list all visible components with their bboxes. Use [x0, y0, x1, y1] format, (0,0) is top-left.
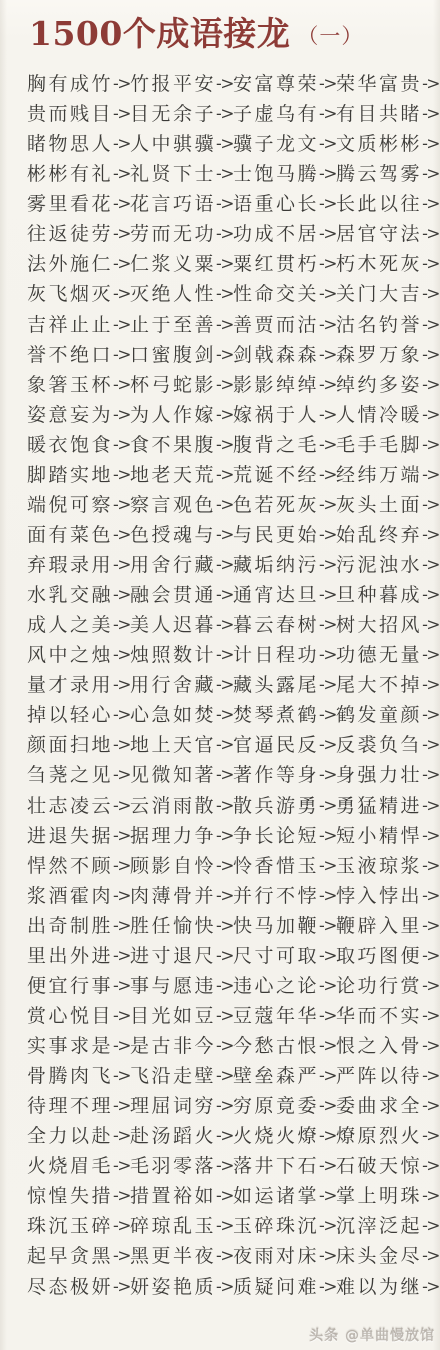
arrow-separator: ->	[113, 1065, 130, 1087]
arrow-separator: ->	[422, 464, 439, 486]
arrow-separator: ->	[319, 734, 336, 756]
chain-row: 尽态极妍->妍姿艳质->质疑问难->难以为继->	[27, 1276, 434, 1299]
arrow-separator: ->	[422, 103, 439, 125]
idiom: 士饱马腾	[233, 163, 319, 185]
idiom: 散兵游勇	[233, 795, 319, 817]
arrow-separator: ->	[319, 133, 336, 155]
arrow-separator: ->	[319, 374, 336, 396]
arrow-separator: ->	[319, 314, 336, 336]
idiom: 悍然不顾	[27, 855, 113, 877]
arrow-separator: ->	[422, 1215, 439, 1237]
idiom: 姿意妄为	[27, 404, 113, 426]
arrow-separator: ->	[113, 163, 130, 185]
idiom: 誉不绝口	[27, 344, 113, 366]
arrow-separator: ->	[113, 885, 130, 907]
arrow-separator: ->	[216, 283, 233, 305]
idiom: 进寸退尺	[130, 945, 216, 967]
arrow-separator: ->	[319, 704, 336, 726]
idiom: 始乱终弃	[336, 524, 422, 546]
arrow-separator: ->	[113, 975, 130, 997]
arrow-separator: ->	[113, 704, 130, 726]
arrow-separator: ->	[319, 163, 336, 185]
arrow-separator: ->	[113, 1185, 130, 1207]
idiom: 如运诸掌	[233, 1185, 319, 1207]
arrow-separator: ->	[319, 1155, 336, 1177]
arrow-separator: ->	[422, 374, 439, 396]
arrow-separator: ->	[113, 825, 130, 847]
arrow-separator: ->	[113, 103, 130, 125]
idiom: 雾里看花	[27, 193, 113, 215]
arrow-separator: ->	[319, 524, 336, 546]
idiom: 火烧火燎	[233, 1125, 319, 1147]
arrow-separator: ->	[113, 464, 130, 486]
chain-row: 起早贪黑->黑更半夜->夜雨对床->床头金尽->	[27, 1245, 434, 1268]
chain-row: 出奇制胜->胜任愉快->快马加鞭->鞭辟入里->	[27, 915, 434, 938]
idiom: 尺寸可取	[233, 945, 319, 967]
idiom: 暖衣饱食	[27, 434, 113, 456]
chain-row: 胸有成竹->竹报平安->安富尊荣->荣华富贵->	[27, 73, 434, 96]
arrow-separator: ->	[422, 283, 439, 305]
chain-row: 待理不理->理屈词穷->穷原竟委->委曲求全->	[27, 1095, 434, 1118]
arrow-separator: ->	[422, 975, 439, 997]
idiom: 今愁古恨	[233, 1035, 319, 1057]
idiom: 用舍行藏	[130, 554, 216, 576]
idiom: 融会贯通	[130, 584, 216, 606]
idiom: 难以为继	[336, 1276, 422, 1298]
arrow-separator: ->	[113, 644, 130, 666]
idiom: 夜雨对床	[233, 1245, 319, 1267]
idiom: 睹物思人	[27, 133, 113, 155]
idiom: 质疑问难	[233, 1276, 319, 1298]
idiom: 腹背之毛	[233, 434, 319, 456]
arrow-separator: ->	[319, 73, 336, 95]
idiom: 待理不理	[27, 1095, 113, 1117]
idiom: 通宵达旦	[233, 584, 319, 606]
arrow-separator: ->	[319, 1065, 336, 1087]
idiom: 并行不悖	[233, 885, 319, 907]
arrow-separator: ->	[422, 1065, 439, 1087]
arrow-separator: ->	[216, 1155, 233, 1177]
arrow-separator: ->	[422, 614, 439, 636]
idiom: 语重心长	[233, 193, 319, 215]
arrow-separator: ->	[216, 464, 233, 486]
chain-row: 吉祥止止->止于至善->善贾而沽->沽名钓誉->	[27, 314, 434, 337]
arrow-separator: ->	[422, 554, 439, 576]
idiom: 脚踏实地	[27, 464, 113, 486]
arrow-separator: ->	[113, 1035, 130, 1057]
chain-row: 彬彬有礼->礼贤下士->士饱马腾->腾云驾雾->	[27, 163, 434, 186]
arrow-separator: ->	[319, 945, 336, 967]
arrow-separator: ->	[319, 253, 336, 275]
idiom: 肉薄骨并	[130, 885, 216, 907]
idiom: 勇猛精进	[336, 795, 422, 817]
arrow-separator: ->	[319, 885, 336, 907]
idiom: 惊惶失措	[27, 1185, 113, 1207]
idiom: 取巧图便	[336, 945, 422, 967]
arrow-separator: ->	[216, 1125, 233, 1147]
arrow-separator: ->	[216, 1035, 233, 1057]
idiom: 察言观色	[130, 494, 216, 516]
idiom: 尽态极妍	[27, 1276, 113, 1298]
idiom: 灰头土面	[336, 494, 422, 516]
idiom: 经纬万端	[336, 464, 422, 486]
idiom-chain-list: 胸有成竹->竹报平安->安富尊荣->荣华富贵->贵而贱目->目无余子->子虚乌有…	[27, 73, 434, 1299]
arrow-separator: ->	[319, 614, 336, 636]
idiom: 口蜜腹剑	[130, 344, 216, 366]
arrow-separator: ->	[422, 734, 439, 756]
arrow-separator: ->	[422, 1125, 439, 1147]
arrow-separator: ->	[319, 855, 336, 877]
idiom: 骨腾肉飞	[27, 1065, 113, 1087]
arrow-separator: ->	[422, 73, 439, 95]
arrow-separator: ->	[422, 644, 439, 666]
idiom: 全力以赴	[27, 1125, 113, 1147]
arrow-separator: ->	[216, 1095, 233, 1117]
arrow-separator: ->	[319, 464, 336, 486]
chain-row: 珠沉玉碎->碎琼乱玉->玉碎珠沉->沉滓泛起->	[27, 1215, 434, 1238]
idiom: 怜香惜玉	[233, 855, 319, 877]
arrow-separator: ->	[216, 825, 233, 847]
chain-row: 水乳交融->融会贯通->通宵达旦->旦种暮成->	[27, 584, 434, 607]
idiom: 暮云春树	[233, 614, 319, 636]
idiom: 床头金尽	[336, 1245, 422, 1267]
idiom: 鹤发童颜	[336, 704, 422, 726]
idiom: 烛照数计	[130, 644, 216, 666]
chain-row: 实事求是->是古非今->今愁古恨->恨之入骨->	[27, 1035, 434, 1058]
arrow-separator: ->	[113, 404, 130, 426]
arrow-separator: ->	[113, 524, 130, 546]
arrow-separator: ->	[319, 674, 336, 696]
idiom: 嫁祸于人	[233, 404, 319, 426]
page-title: 1500个成语接龙（一）	[29, 14, 430, 56]
arrow-separator: ->	[319, 1095, 336, 1117]
idiom: 碎琼乱玉	[130, 1215, 216, 1237]
arrow-separator: ->	[113, 253, 130, 275]
idiom: 胜任愉快	[130, 915, 216, 937]
arrow-separator: ->	[113, 283, 130, 305]
arrow-separator: ->	[113, 344, 130, 366]
page-title-main: 1500个成语接龙	[29, 14, 290, 53]
arrow-separator: ->	[422, 1155, 439, 1177]
idiom: 竹报平安	[130, 73, 216, 95]
idiom: 严阵以待	[336, 1065, 422, 1087]
idiom: 华而不实	[336, 1005, 422, 1027]
chain-row: 进退失据->据理力争->争长论短->短小精悍->	[27, 825, 434, 848]
arrow-separator: ->	[113, 945, 130, 967]
arrow-separator: ->	[113, 674, 130, 696]
idiom: 杯弓蛇影	[130, 374, 216, 396]
arrow-separator: ->	[216, 945, 233, 967]
arrow-separator: ->	[422, 1035, 439, 1057]
chain-row: 火烧眉毛->毛羽零落->落井下石->石破天惊->	[27, 1155, 434, 1178]
arrow-separator: ->	[216, 915, 233, 937]
page-title-part: （一）	[297, 24, 363, 48]
idiom: 与民更始	[233, 524, 319, 546]
chain-row: 便宜行事->事与愿违->违心之论->论功行赏->	[27, 975, 434, 998]
chain-row: 睹物思人->人中骐骥->骥子龙文->文质彬彬->	[27, 133, 434, 156]
idiom: 里出外进	[27, 945, 113, 967]
idiom: 尾大不掉	[336, 674, 422, 696]
chain-row: 姿意妄为->为人作嫁->嫁祸于人->人情冷暖->	[27, 404, 434, 427]
idiom: 仁浆义粟	[130, 253, 216, 275]
arrow-separator: ->	[113, 734, 130, 756]
idiom: 实事求是	[27, 1035, 113, 1057]
arrow-separator: ->	[422, 344, 439, 366]
arrow-separator: ->	[113, 584, 130, 606]
idiom: 毛手毛脚	[336, 434, 422, 456]
arrow-separator: ->	[319, 554, 336, 576]
arrow-separator: ->	[113, 855, 130, 877]
arrow-separator: ->	[422, 674, 439, 696]
arrow-separator: ->	[216, 133, 233, 155]
arrow-separator: ->	[216, 764, 233, 786]
arrow-separator: ->	[216, 674, 233, 696]
arrow-separator: ->	[216, 734, 233, 756]
idiom: 落井下石	[233, 1155, 319, 1177]
chain-row: 浆酒霍肉->肉薄骨并->并行不悖->悖入悖出->	[27, 885, 434, 908]
arrow-separator: ->	[422, 524, 439, 546]
idiom: 进退失据	[27, 825, 113, 847]
idiom: 功成不居	[233, 223, 319, 245]
idiom: 目光如豆	[130, 1005, 216, 1027]
arrow-separator: ->	[216, 253, 233, 275]
idiom: 云消雨散	[130, 795, 216, 817]
arrow-separator: ->	[422, 885, 439, 907]
chain-row: 惊惶失措->措置裕如->如运诸掌->掌上明珠->	[27, 1185, 434, 1208]
idiom: 出奇制胜	[27, 915, 113, 937]
arrow-separator: ->	[319, 644, 336, 666]
idiom: 色若死灰	[233, 494, 319, 516]
chain-row: 成人之美->美人迟暮->暮云春树->树大招风->	[27, 614, 434, 637]
idiom: 人中骐骥	[130, 133, 216, 155]
idiom: 据理力争	[130, 825, 216, 847]
idiom: 旦种暮成	[336, 584, 422, 606]
arrow-separator: ->	[422, 1245, 439, 1267]
chain-row: 颜面扫地->地上天官->官逼民反->反裘负刍->	[27, 734, 434, 757]
idiom: 量才录用	[27, 674, 113, 696]
chain-row: 誉不绝口->口蜜腹剑->剑戟森森->森罗万象->	[27, 344, 434, 367]
arrow-separator: ->	[422, 133, 439, 155]
idiom: 子虚乌有	[233, 103, 319, 125]
idiom: 藏头露尾	[233, 674, 319, 696]
idiom: 违心之论	[233, 975, 319, 997]
idiom: 妍姿艳质	[130, 1276, 216, 1298]
idiom: 反裘负刍	[336, 734, 422, 756]
idiom: 骥子龙文	[233, 133, 319, 155]
idiom: 善贾而沽	[233, 314, 319, 336]
arrow-separator: ->	[319, 1005, 336, 1027]
idiom: 短小精悍	[336, 825, 422, 847]
idiom: 法外施仁	[27, 253, 113, 275]
arrow-separator: ->	[216, 344, 233, 366]
chain-row: 暖衣饱食->食不果腹->腹背之毛->毛手毛脚->	[27, 434, 434, 457]
idiom: 著作等身	[233, 764, 319, 786]
arrow-separator: ->	[216, 584, 233, 606]
idiom: 焚琴煮鹤	[233, 704, 319, 726]
chain-row: 面有菜色->色授魂与->与民更始->始乱终弃->	[27, 524, 434, 547]
idiom: 关门大吉	[336, 283, 422, 305]
arrow-separator: ->	[216, 855, 233, 877]
arrow-separator: ->	[113, 1125, 130, 1147]
arrow-separator: ->	[216, 885, 233, 907]
idiom: 穷原竟委	[233, 1095, 319, 1117]
arrow-separator: ->	[216, 314, 233, 336]
arrow-separator: ->	[113, 223, 130, 245]
arrow-separator: ->	[319, 1035, 336, 1057]
chain-row: 端倪可察->察言观色->色若死灰->灰头土面->	[27, 494, 434, 517]
idiom: 花言巧语	[130, 193, 216, 215]
arrow-separator: ->	[319, 1215, 336, 1237]
idiom: 见微知著	[130, 764, 216, 786]
idiom: 火烧眉毛	[27, 1155, 113, 1177]
arrow-separator: ->	[216, 975, 233, 997]
chain-row: 往返徒劳->劳而无功->功成不居->居官守法->	[27, 223, 434, 246]
chain-row: 骨腾肉飞->飞沿走壁->壁垒森严->严阵以待->	[27, 1065, 434, 1088]
idiom: 掉以轻心	[27, 704, 113, 726]
idiom: 珠沉玉碎	[27, 1215, 113, 1237]
arrow-separator: ->	[113, 764, 130, 786]
idiom: 吉祥止止	[27, 314, 113, 336]
idiom: 身强力壮	[336, 764, 422, 786]
idiom: 掌上明珠	[336, 1185, 422, 1207]
chain-row: 贵而贱目->目无余子->子虚乌有->有目共睹->	[27, 103, 434, 126]
arrow-separator: ->	[216, 193, 233, 215]
idiom: 礼贤下士	[130, 163, 216, 185]
idiom: 人情冷暖	[336, 404, 422, 426]
idiom: 影影绰绰	[233, 374, 319, 396]
arrow-separator: ->	[319, 404, 336, 426]
idiom: 黑更半夜	[130, 1245, 216, 1267]
idiom: 地上天官	[130, 734, 216, 756]
arrow-separator: ->	[216, 704, 233, 726]
arrow-separator: ->	[216, 73, 233, 95]
idiom: 壮志凌云	[27, 795, 113, 817]
arrow-separator: ->	[422, 1276, 439, 1298]
arrow-separator: ->	[216, 1185, 233, 1207]
arrow-separator: ->	[319, 283, 336, 305]
arrow-separator: ->	[422, 855, 439, 877]
arrow-separator: ->	[113, 374, 130, 396]
arrow-separator: ->	[113, 1215, 130, 1237]
idiom: 赏心悦目	[27, 1005, 113, 1027]
arrow-separator: ->	[216, 524, 233, 546]
arrow-separator: ->	[319, 915, 336, 937]
idiom: 彬彬有礼	[27, 163, 113, 185]
idiom: 弃瑕录用	[27, 554, 113, 576]
arrow-separator: ->	[422, 915, 439, 937]
arrow-separator: ->	[216, 374, 233, 396]
arrow-separator: ->	[422, 253, 439, 275]
idiom: 豆蔻年华	[233, 1005, 319, 1027]
chain-row: 脚踏实地->地老天荒->荒诞不经->经纬万端->	[27, 464, 434, 487]
arrow-separator: ->	[113, 133, 130, 155]
idiom: 刍荛之见	[27, 764, 113, 786]
idiom: 沉滓泛起	[336, 1215, 422, 1237]
idiom: 是古非今	[130, 1035, 216, 1057]
arrow-separator: ->	[319, 193, 336, 215]
idiom: 劳而无功	[130, 223, 216, 245]
idiom: 论功行赏	[336, 975, 422, 997]
arrow-separator: ->	[422, 314, 439, 336]
idiom: 安富尊荣	[233, 73, 319, 95]
arrow-separator: ->	[319, 1276, 336, 1298]
chain-row: 风中之烛->烛照数计->计日程功->功德无量->	[27, 644, 434, 667]
idiom: 灭绝人性	[130, 283, 216, 305]
idiom: 贵而贱目	[27, 103, 113, 125]
arrow-separator: ->	[216, 494, 233, 516]
idiom: 功德无量	[336, 644, 422, 666]
arrow-separator: ->	[422, 223, 439, 245]
idiom: 有目共睹	[336, 103, 422, 125]
idiom: 壁垒森严	[233, 1065, 319, 1087]
idiom: 石破天惊	[336, 1155, 422, 1177]
idiom: 飞沿走壁	[130, 1065, 216, 1087]
idiom: 目无余子	[130, 103, 216, 125]
arrow-separator: ->	[422, 764, 439, 786]
idiom: 悖入悖出	[336, 885, 422, 907]
arrow-separator: ->	[216, 434, 233, 456]
chain-row: 里出外进->进寸退尺->尺寸可取->取巧图便->	[27, 945, 434, 968]
idiom: 理屈词穷	[130, 1095, 216, 1117]
idiom: 美人迟暮	[130, 614, 216, 636]
chain-row: 悍然不顾->顾影自怜->怜香惜玉->玉液琼浆->	[27, 855, 434, 878]
arrow-separator: ->	[422, 494, 439, 516]
arrow-separator: ->	[113, 1276, 130, 1298]
arrow-separator: ->	[319, 795, 336, 817]
chain-row: 弃瑕录用->用舍行藏->藏垢纳污->污泥浊水->	[27, 554, 434, 577]
chain-row: 雾里看花->花言巧语->语重心长->长此以往->	[27, 193, 434, 216]
idiom: 成人之美	[27, 614, 113, 636]
arrow-separator: ->	[422, 163, 439, 185]
idiom: 沽名钓誉	[336, 314, 422, 336]
idiom: 止于至善	[130, 314, 216, 336]
chain-row: 壮志凌云->云消雨散->散兵游勇->勇猛精进->	[27, 795, 434, 818]
arrow-separator: ->	[216, 223, 233, 245]
idiom: 赴汤蹈火	[130, 1125, 216, 1147]
arrow-separator: ->	[319, 764, 336, 786]
idiom: 燎原烈火	[336, 1125, 422, 1147]
chain-row: 全力以赴->赴汤蹈火->火烧火燎->燎原烈火->	[27, 1125, 434, 1148]
idiom: 文质彬彬	[336, 133, 422, 155]
arrow-separator: ->	[216, 1215, 233, 1237]
arrow-separator: ->	[319, 434, 336, 456]
idiom: 浆酒霍肉	[27, 885, 113, 907]
idiom: 地老天荒	[130, 464, 216, 486]
idiom: 端倪可察	[27, 494, 113, 516]
arrow-separator: ->	[422, 404, 439, 426]
arrow-separator: ->	[216, 1065, 233, 1087]
idiom: 鞭辟入里	[336, 915, 422, 937]
idiom: 森罗万象	[336, 344, 422, 366]
idiom: 居官守法	[336, 223, 422, 245]
idiom: 颜面扫地	[27, 734, 113, 756]
idiom: 玉液琼浆	[336, 855, 422, 877]
idiom: 面有菜色	[27, 524, 113, 546]
arrow-separator: ->	[422, 1185, 439, 1207]
idiom: 风中之烛	[27, 644, 113, 666]
arrow-separator: ->	[216, 163, 233, 185]
arrow-separator: ->	[216, 644, 233, 666]
arrow-separator: ->	[319, 494, 336, 516]
chain-row: 掉以轻心->心急如焚->焚琴煮鹤->鹤发童颜->	[27, 704, 434, 727]
arrow-separator: ->	[113, 614, 130, 636]
idiom: 起早贪黑	[27, 1245, 113, 1267]
arrow-separator: ->	[422, 945, 439, 967]
idiom: 心急如焚	[130, 704, 216, 726]
arrow-separator: ->	[422, 825, 439, 847]
arrow-separator: ->	[113, 434, 130, 456]
arrow-separator: ->	[422, 1095, 439, 1117]
